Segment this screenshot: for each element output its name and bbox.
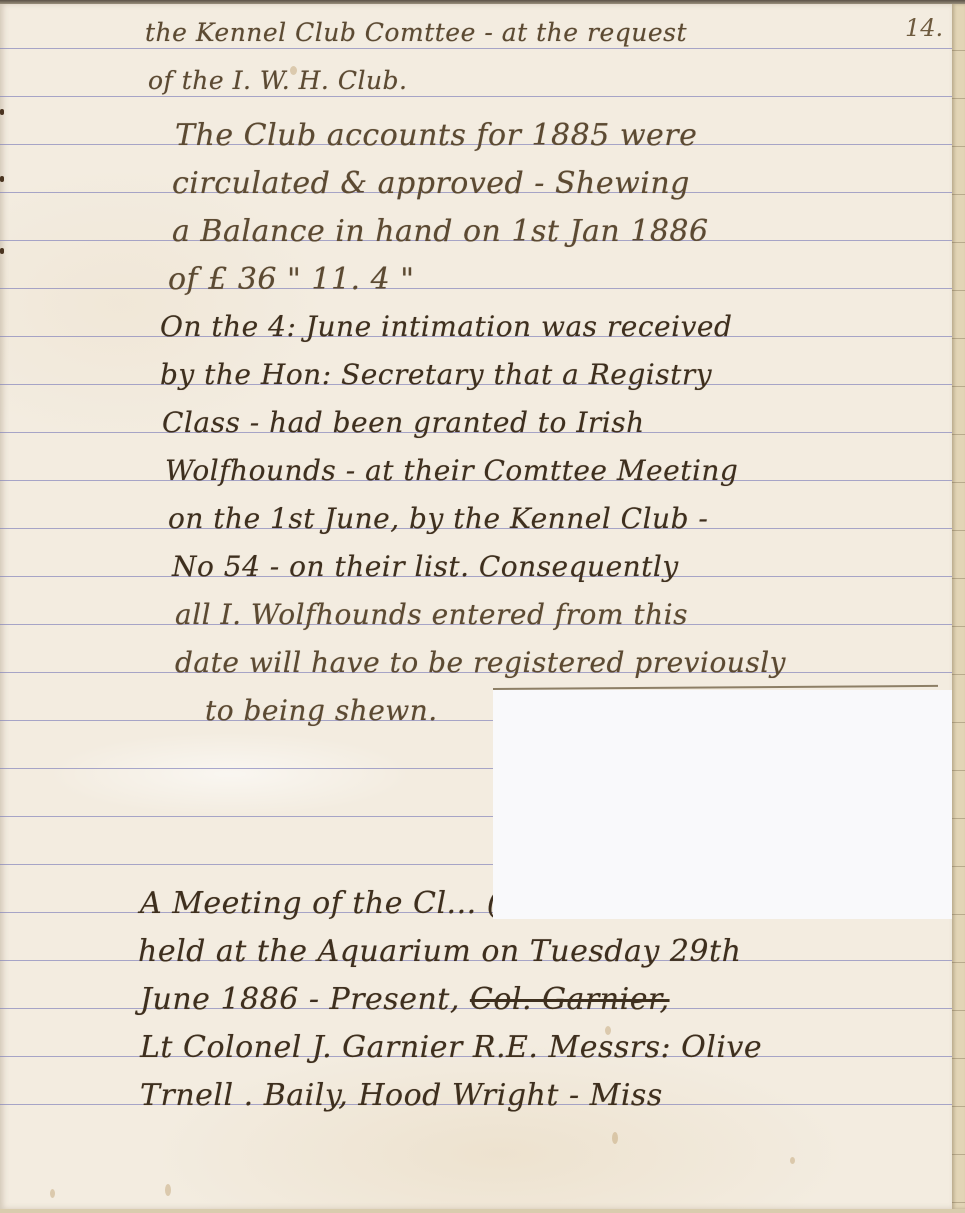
handwritten-line: June 1886 - Present, Col. Garnier, [140,982,670,1017]
foxing-spot [165,1184,171,1196]
handwritten-line: Class - had been granted to Irish [162,406,645,439]
handwritten-line: by the Hon: Secretary that a Registry [160,358,712,391]
handwritten-line: date will have to be registered previous… [175,646,786,679]
handwritten-line: held at the Aquarium on Tuesday 29th [138,934,741,969]
binding-hole-mark [0,176,4,182]
handwritten-line: to being shewn. [205,694,438,727]
handwritten-line: Wolfhounds - at their Comttee Meeting [165,454,738,487]
minute-book-page: 14. the Kennel Club Comttee - at the req… [0,4,953,1209]
handwritten-line: on the 1st June, by the Kennel Club - [168,502,708,535]
page-number: 14. [905,14,943,42]
handwritten-line: Lt Colonel J. Garnier R.E. Messrs: Olive [140,1030,762,1065]
handwritten-line: a Balance in hand on 1st Jan 1886 [172,214,709,249]
handwritten-line: of the I. W. H. Club. [148,66,408,95]
foxing-spot [790,1157,795,1164]
handwritten-line: all I. Wolfhounds entered from this [175,598,688,631]
handwritten-line: On the 4: June intimation was received [160,310,732,343]
binding-hole-mark [0,109,4,115]
handwritten-line: circulated & approved - Shewing [172,166,690,201]
handwritten-line: of £ 36 " 11. 4 " [168,262,415,297]
handwritten-line: The Club accounts for 1885 were [175,118,697,153]
foxing-spot [612,1132,618,1144]
underlying-page-edge [952,4,965,1209]
struck-through-text: Col. Garnier, [470,982,670,1017]
handwritten-line: the Kennel Club Comttee - at the request [145,18,687,47]
handwritten-line: No 54 - on their list. Consequently [172,550,679,583]
line-text: June 1886 - Present, [140,982,460,1017]
handwritten-line: Trnell . Baily, Hood Wright - Miss [140,1078,663,1113]
binding-hole-mark [0,248,4,254]
redacted-region [493,690,952,919]
foxing-spot [50,1189,55,1198]
